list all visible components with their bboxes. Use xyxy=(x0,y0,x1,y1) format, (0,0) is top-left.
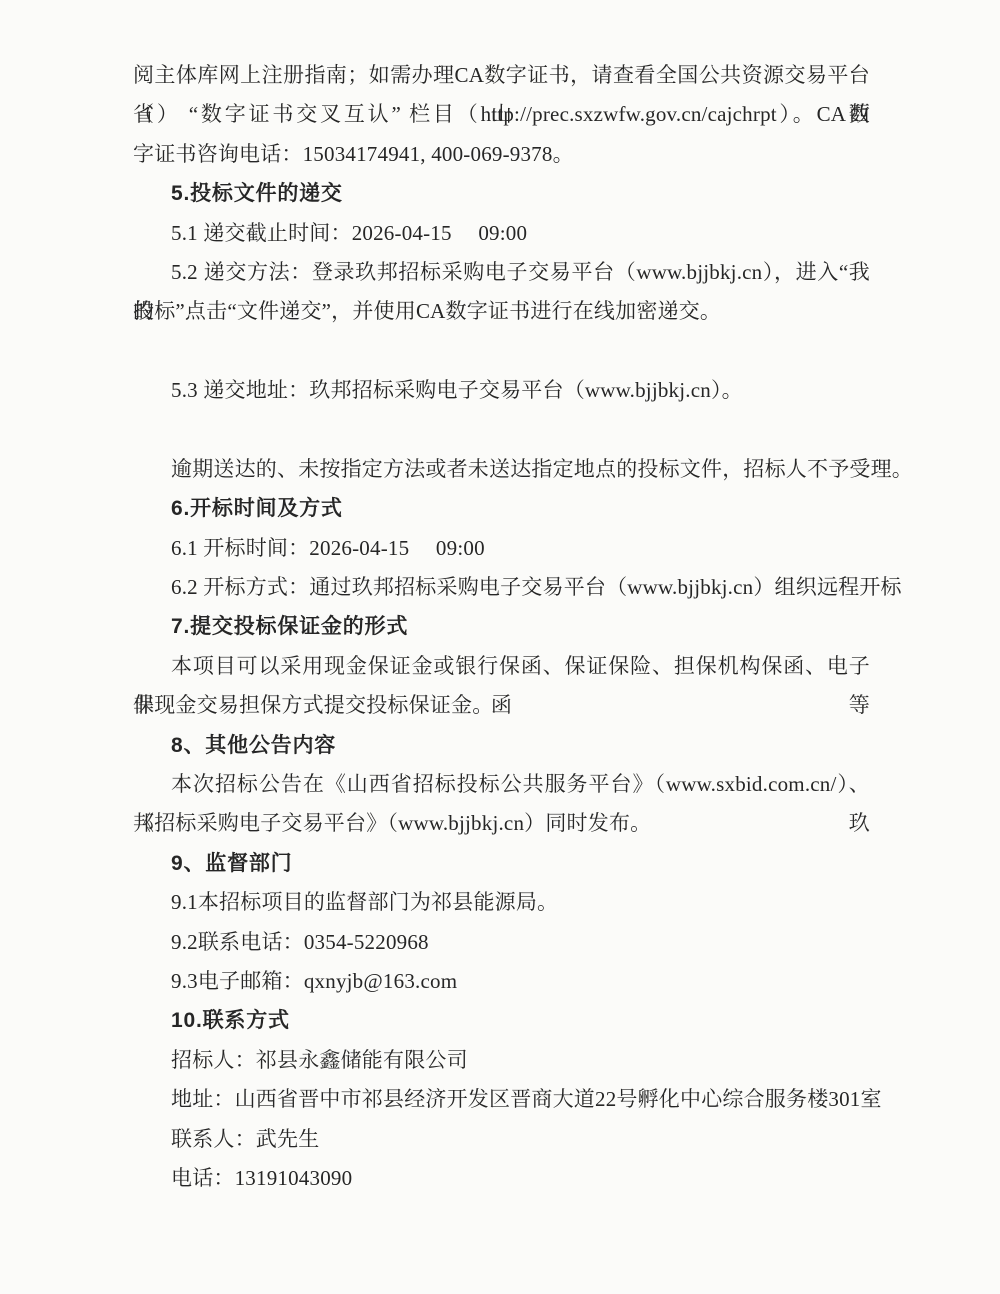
line-5-2-method-2: 投标”点击“文件递交”，并使用CA数字证书进行在线加密递交。 xyxy=(133,292,870,331)
line-5-3-address: 5.3 递交地址：玖邦招标采购电子交易平台（www.bjjbkj.cn）。 xyxy=(133,371,870,410)
line-contact-phone: 电话：13191043090 xyxy=(133,1159,870,1198)
doc-line-ca-phone: 字证书咨询电话：15034174941, 400-069-9378。 xyxy=(133,135,870,174)
line-6-2-open-method: 6.2 开标方式：通过玖邦招标采购电子交易平台（www.bjjbkj.cn）组织… xyxy=(133,568,870,607)
line-overdue-notice: 逾期送达的、未按指定方法或者未送达指定地点的投标文件，招标人不予受理。 xyxy=(133,450,870,489)
section-10-heading: 10.联系方式 xyxy=(133,1001,870,1040)
line-tenderer-address: 地址：山西省晋中市祁县经济开发区晋商大道22号孵化中心综合服务楼301室 xyxy=(133,1080,870,1119)
line-9-2-phone: 9.2联系电话：0354-5220968 xyxy=(133,923,870,962)
line-9-1-supervisor: 9.1本招标项目的监督部门为祁县能源局。 xyxy=(133,883,870,922)
section-7-heading: 7.提交投标保证金的形式 xyxy=(133,607,870,646)
section-6-heading: 6.开标时间及方式 xyxy=(133,489,870,528)
line-contact-person: 联系人：武先生 xyxy=(133,1120,870,1159)
doc-line-ca-intro-1: 阅主体库网上注册指南；如需办理CA数字证书，请查看全国公共资源交易平台（山西 xyxy=(133,56,870,95)
line-tenderer-name: 招标人：祁县永鑫储能有限公司 xyxy=(133,1041,870,1080)
line-7-security-1: 本项目可以采用现金保证金或银行保函、保证保险、担保机构保函、电子保函等 xyxy=(133,647,870,686)
section-9-heading: 9、监督部门 xyxy=(133,844,870,883)
document-page: 阅主体库网上注册指南；如需办理CA数字证书，请查看全国公共资源交易平台（山西 省… xyxy=(0,0,1000,1294)
line-5-1-deadline: 5.1 递交截止时间：2026-04-15 09:00 xyxy=(133,214,870,253)
line-5-2-method-1: 5.2 递交方法：登录玖邦招标采购电子交易平台（www.bjjbkj.cn），进… xyxy=(133,253,870,292)
doc-line-ca-intro-2: 省） “数字证书交叉互认” 栏目（http://prec.sxzwfw.gov.… xyxy=(133,95,870,134)
section-8-heading: 8、其他公告内容 xyxy=(133,726,870,765)
line-8-announce-1: 本次招标公告在《山西省招标投标公共服务平台》（www.sxbid.com.cn/… xyxy=(133,765,870,804)
section-5-heading: 5.投标文件的递交 xyxy=(133,174,870,213)
line-6-1-open-time: 6.1 开标时间：2026-04-15 09:00 xyxy=(133,529,870,568)
line-9-3-email: 9.3电子邮箱：qxnyjb@163.com xyxy=(133,962,870,1001)
